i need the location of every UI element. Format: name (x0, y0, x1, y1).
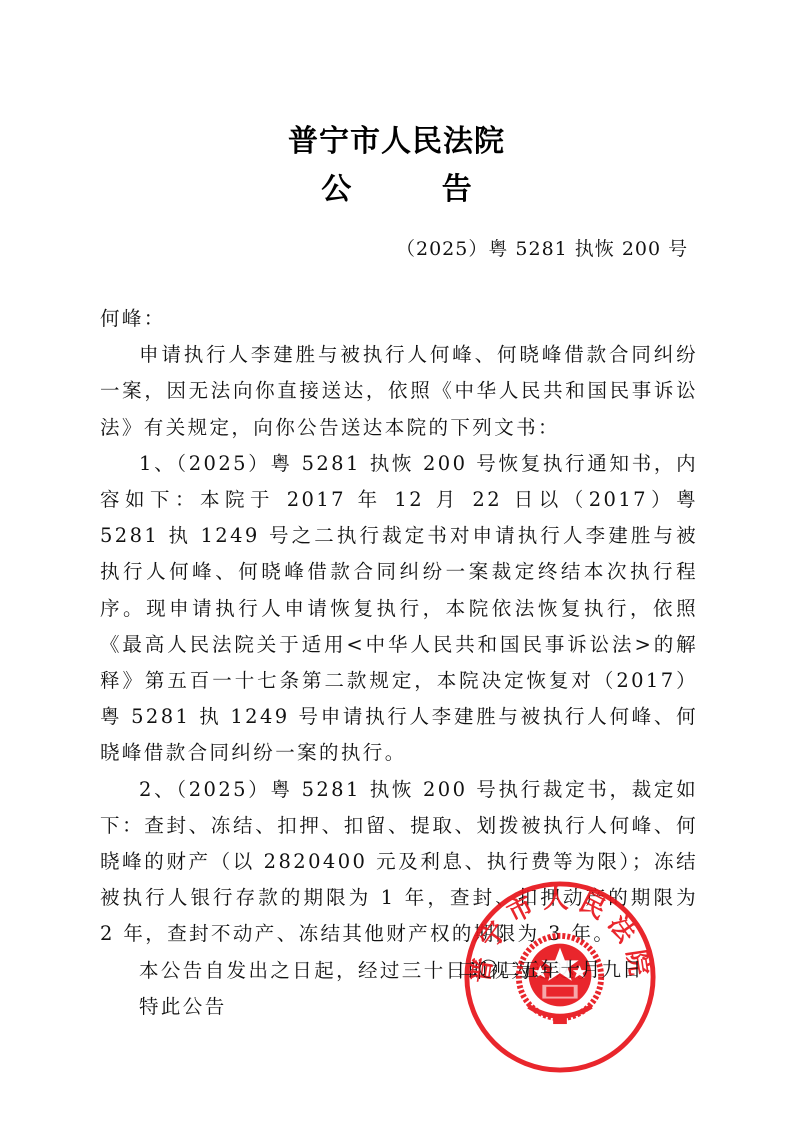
item-1-paragraph: 1、（2025）粤 5281 执恢 200 号恢复执行通知书，内容如下：本院于 … (100, 446, 698, 772)
case-number: （2025）粤 5281 执恢 200 号 (396, 234, 688, 261)
document-type-heading: 公 告 (0, 164, 793, 208)
court-name-heading: 普宁市人民法院 (0, 116, 793, 160)
intro-paragraph: 申请执行人李建胜与被执行人何峰、何晓峰借款合同纠纷一案，因无法向你直接送达，依照… (100, 337, 698, 446)
addressee: 何峰： (100, 301, 698, 337)
issue-date: 二〇二五年十月九日 (458, 954, 643, 982)
